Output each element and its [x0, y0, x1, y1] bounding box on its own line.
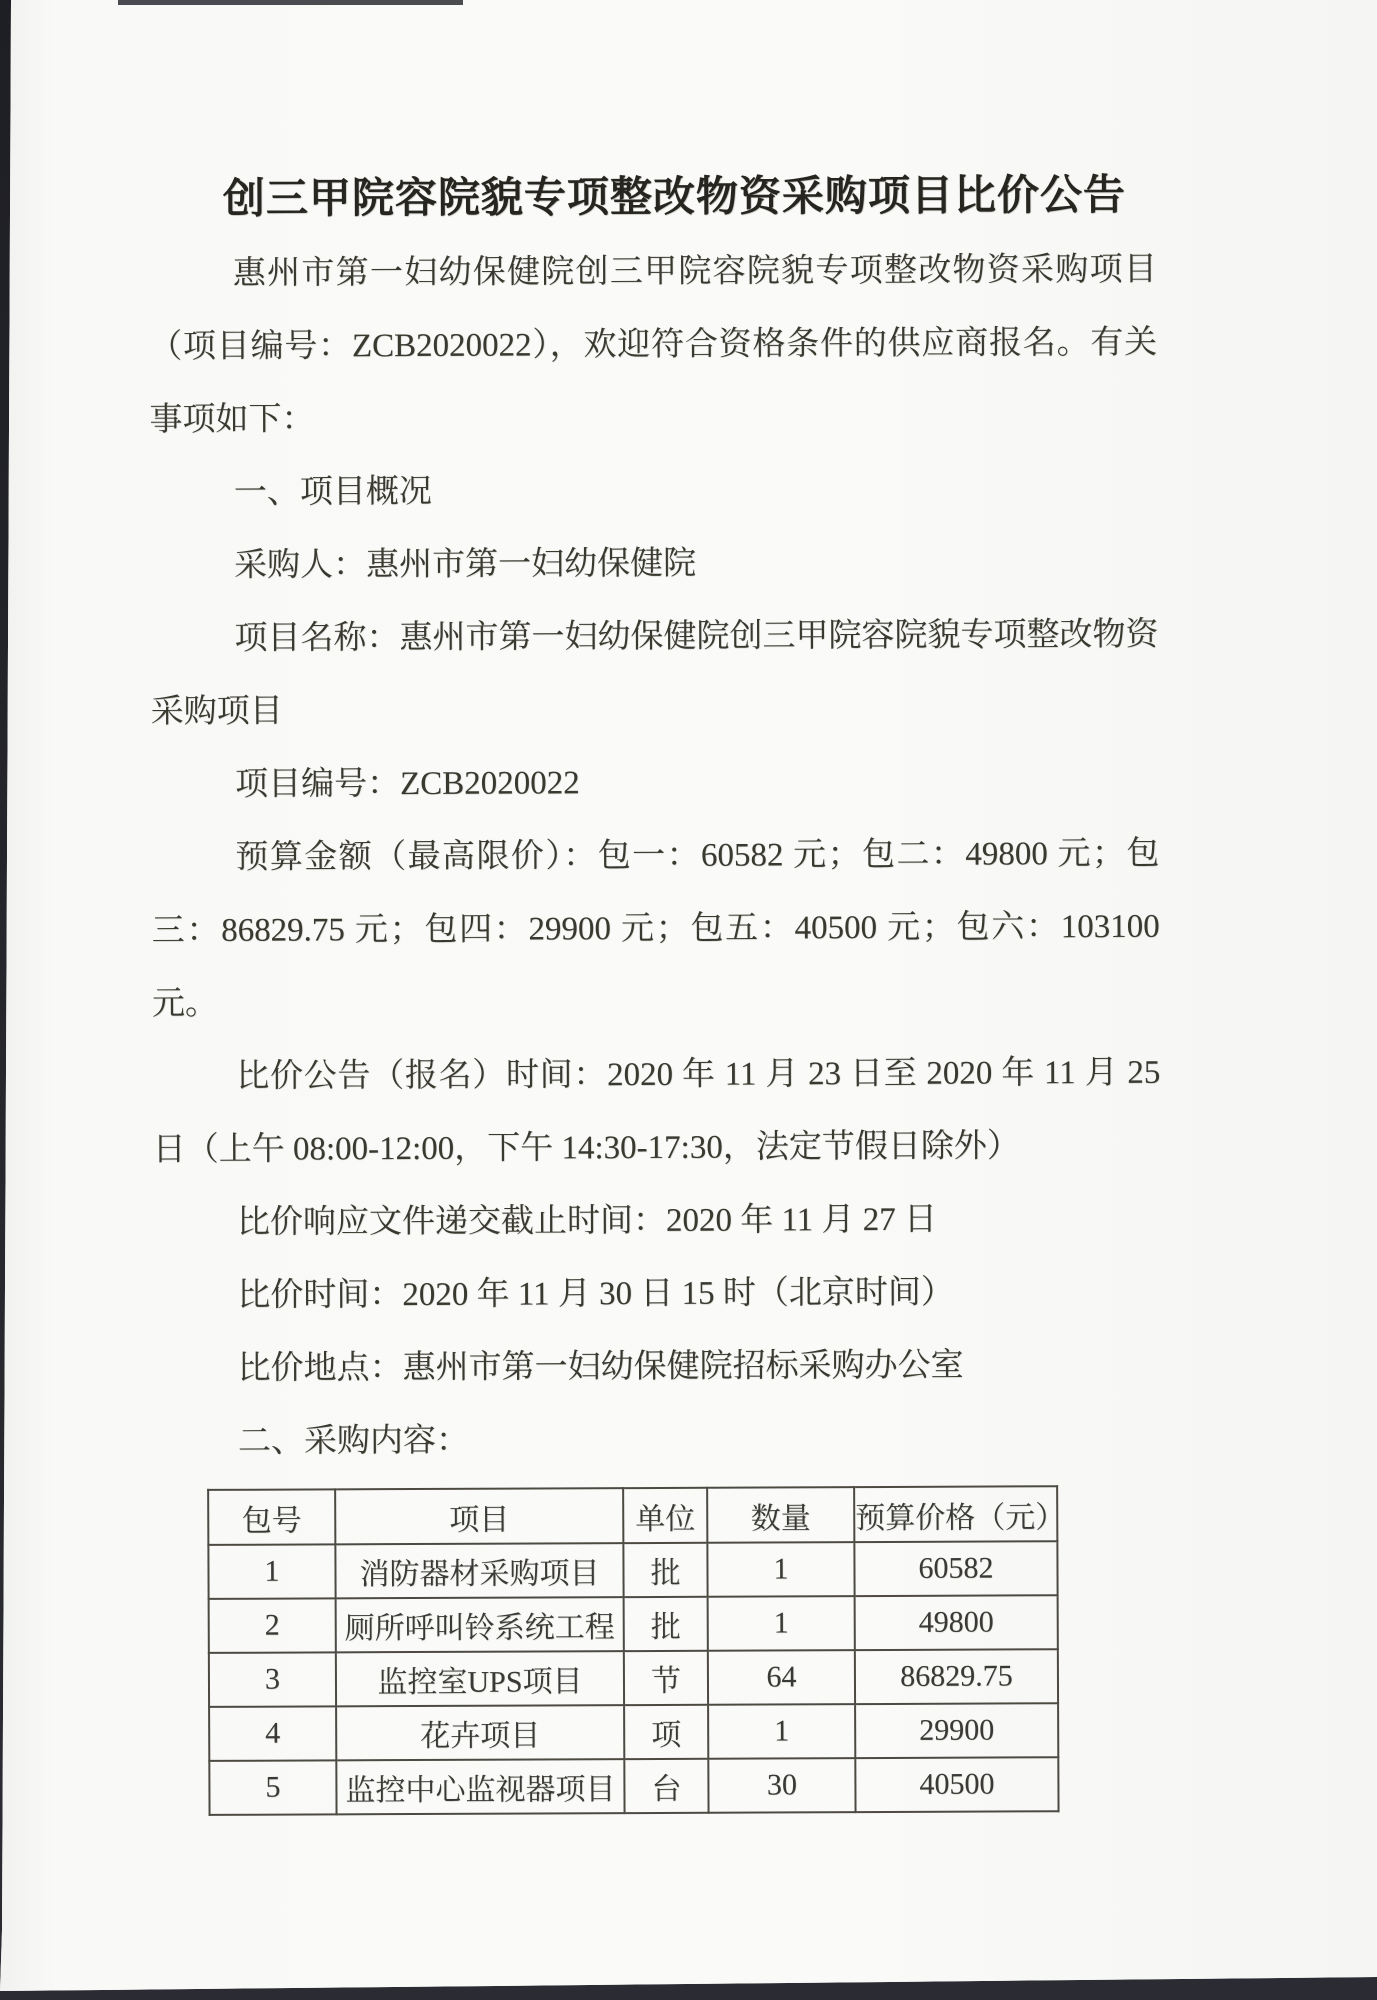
table-cell: 批 [623, 1543, 707, 1597]
table-header-row: 包号项目单位数量预算价格（元） [208, 1486, 1057, 1545]
doc-line: 元。 [152, 964, 1160, 1041]
table-cell: 1 [208, 1544, 335, 1599]
doc-line: 比价时间：2020 年 11 月 30 日 15 时（北京时间） [153, 1256, 1161, 1333]
table-cell: 节 [624, 1651, 708, 1705]
doc-line: 日（上午 08:00-12:00，下午 14:30-17:30，法定节假日除外） [152, 1110, 1160, 1187]
table-row: 1消防器材采购项目批160582 [208, 1541, 1057, 1599]
doc-line: 事项如下： [149, 380, 1157, 457]
procurement-table: 包号项目单位数量预算价格（元） 1消防器材采购项目批1605822厕所呼叫铃系统… [207, 1485, 1059, 1816]
table-cell: 监控中心监视器项目 [336, 1759, 624, 1814]
table-header-cell: 预算价格（元） [854, 1486, 1057, 1542]
doc-line: 惠州市第一妇幼保健院创三甲院容院貌专项整改物资采购项目 [149, 234, 1157, 311]
table-row: 4花卉项目项129900 [209, 1703, 1058, 1761]
table-cell: 60582 [854, 1541, 1057, 1596]
table-cell: 厕所呼叫铃系统工程 [336, 1597, 624, 1652]
table-header-cell: 数量 [707, 1487, 854, 1543]
table-header-cell: 单位 [623, 1488, 707, 1543]
document-sheet: 创三甲院容院貌专项整改物资采购项目比价公告 惠州市第一妇幼保健院创三甲院容院貌专… [0, 0, 1377, 2000]
document-page: 创三甲院容院貌专项整改物资采购项目比价公告 惠州市第一妇幼保健院创三甲院容院貌专… [0, 0, 1377, 2000]
doc-line: 比价地点：惠州市第一妇幼保健院招标采购办公室 [153, 1329, 1161, 1406]
table-row: 3监控室UPS项目节6486829.75 [209, 1649, 1058, 1707]
table-cell: 1 [708, 1596, 855, 1651]
table-cell: 台 [624, 1759, 708, 1813]
table-cell: 项 [624, 1705, 708, 1759]
table-cell: 40500 [855, 1757, 1058, 1812]
table-cell: 29900 [855, 1703, 1058, 1758]
table-cell: 64 [708, 1650, 855, 1705]
doc-line: 二、采购内容： [154, 1402, 1162, 1479]
doc-line: 预算金额（最高限价）：包一：60582 元；包二：49800 元；包 [151, 818, 1159, 895]
table-row: 5监控中心监视器项目台3040500 [209, 1757, 1058, 1815]
doc-line: 一、项目概况 [150, 453, 1158, 530]
doc-line: 采购人：惠州市第一妇幼保健院 [150, 526, 1158, 603]
document-paragraphs: 惠州市第一妇幼保健院创三甲院容院貌专项整改物资采购项目（项目编号：ZCB2020… [149, 234, 1162, 1479]
table-cell: 86829.75 [855, 1649, 1058, 1704]
table-cell: 1 [708, 1704, 855, 1759]
doc-line: （项目编号：ZCB2020022），欢迎符合资格条件的供应商报名。有关 [149, 307, 1157, 384]
table-cell: 1 [707, 1542, 854, 1597]
doc-line: 项目编号：ZCB2020022 [151, 745, 1159, 822]
table-cell: 花卉项目 [336, 1705, 624, 1760]
page-title: 创三甲院容院貌专项整改物资采购项目比价公告 [170, 156, 1178, 238]
table-header-cell: 包号 [208, 1489, 335, 1545]
document-body: 创三甲院容院貌专项整改物资采购项目比价公告 惠州市第一妇幼保健院创三甲院容院貌专… [148, 156, 1162, 1479]
table-cell: 消防器材采购项目 [335, 1543, 623, 1598]
doc-line: 比价响应文件递交截止时间：2020 年 11 月 27 日 [153, 1183, 1161, 1260]
table-cell: 30 [708, 1758, 855, 1813]
doc-line: 三：86829.75 元；包四：29900 元；包五：40500 元；包六：10… [152, 891, 1160, 968]
table-cell: 2 [209, 1598, 336, 1653]
table-cell: 5 [209, 1760, 336, 1815]
table-header-cell: 项目 [335, 1488, 623, 1544]
table-row: 2厕所呼叫铃系统工程批149800 [209, 1595, 1058, 1653]
table-cell: 4 [209, 1706, 336, 1761]
table-cell: 3 [209, 1652, 336, 1707]
table-cell: 49800 [855, 1595, 1058, 1650]
table-cell: 批 [624, 1597, 708, 1651]
doc-line: 项目名称：惠州市第一妇幼保健院创三甲院容院貌专项整改物资 [150, 599, 1158, 676]
doc-line: 比价公告（报名）时间：2020 年 11 月 23 日至 2020 年 11 月… [152, 1037, 1160, 1114]
table-cell: 监控室UPS项目 [336, 1651, 624, 1706]
doc-line: 采购项目 [151, 672, 1159, 749]
